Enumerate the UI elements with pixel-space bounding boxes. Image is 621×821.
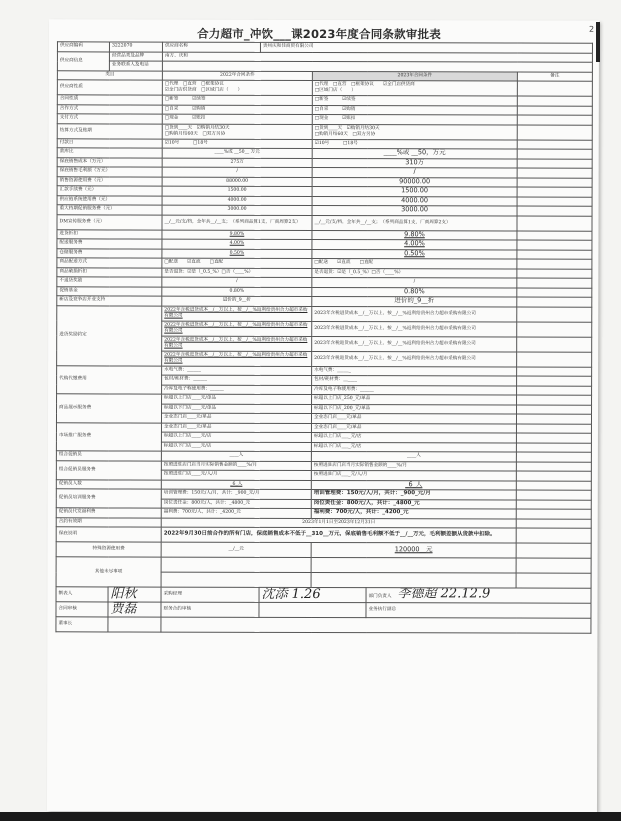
value-2022: 标超以上门店____元/店 xyxy=(161,432,311,442)
remark-cell xyxy=(517,149,592,159)
value-2022: __/__元/支/档，全年共__/__支； （系列商品算1支，厂商周算2支） xyxy=(162,215,312,230)
value-2022: ____%或 __50__ 万元 xyxy=(162,148,312,158)
value-2023: 包材/耗材费：______ xyxy=(312,375,517,385)
row-label: 特殊资源使用费 xyxy=(56,542,161,557)
value-2023: 1500.00 xyxy=(312,186,517,196)
remark-cell xyxy=(516,452,591,462)
row-label: 供应商性质 xyxy=(57,80,162,95)
row-label: 不退货奖励 xyxy=(57,277,162,287)
remark-cell xyxy=(517,367,592,377)
form-title: 合力超市_冲饮___课2023年度合同条款审批表 xyxy=(49,25,589,42)
value-2023: 水电气费：______ xyxy=(312,366,517,376)
row-label: 商品展示服务费 xyxy=(56,394,161,423)
value-2023: 是否退货：☑是（_0.5_%）□否（____%） xyxy=(312,268,517,278)
value-2022: 88000.00 xyxy=(162,177,312,187)
remark-cell xyxy=(517,168,592,178)
remark-cell xyxy=(517,115,592,125)
table-row: 结算方式及账期□货到____天 ☑购销月结30天□购销月结60天 □双方另协□货… xyxy=(57,123,592,139)
remark-cell xyxy=(517,288,592,298)
value-2022: □代理 □直营 □框架协议☑全门店供货商 □区域门店（ ） xyxy=(162,80,312,95)
label: 合同审核 xyxy=(56,602,108,617)
remark-cell xyxy=(516,462,591,472)
remark-cell xyxy=(517,197,592,207)
table-row: DM宣传服务费（元）__/__元/支/档，全年共__/__支； （系列商品算1支… xyxy=(57,214,592,230)
value-2023: 冷库及电子称使用费：______ xyxy=(312,385,517,395)
remark-cell xyxy=(516,558,591,573)
rebate-2023: 2023年含税进货成本__/__万以上，按__/__%返利给贵州合力超市采购有限… xyxy=(312,306,517,322)
maker-signature: 阳秋 xyxy=(108,587,161,602)
value-2023: 9.80% xyxy=(312,230,517,240)
value-2022: 水电气费：______ xyxy=(162,366,312,376)
row-label: 代购代缴费用 xyxy=(57,365,162,394)
value-2022: __/__元 xyxy=(161,542,311,557)
row-label: 促销员代发福利费 xyxy=(56,508,161,518)
remark-cell xyxy=(516,490,591,500)
rebate-row: 进货奖励约定2022年含税进货成本__/__万以上，按__/__%返利给贵州合力… xyxy=(57,305,592,321)
header-2023: 2023年合同条件 xyxy=(312,71,517,81)
header-2022: 2022年合同条件 xyxy=(162,71,312,81)
remark-cell xyxy=(517,337,592,352)
value-2022: / xyxy=(162,167,312,177)
remark-cell xyxy=(517,231,592,241)
row-label: 供应链系统使用费（元） xyxy=(57,195,162,205)
value-2022: 4.00% xyxy=(162,239,312,249)
row-label: DM宣传服务费（元） xyxy=(57,214,162,229)
remark-cell xyxy=(517,376,592,386)
signature-row-1: 制表人阳秋采购经理沈添 1.26部门负责人李德超 22.12.9 xyxy=(56,587,591,603)
value-2023: 标超以下门店_200_元/单品 xyxy=(312,404,517,414)
signature-row-2: 合同审核贾磊财务合约审核业务执行副总 xyxy=(56,602,591,618)
value-2022: 全业态门店____元/单品 xyxy=(161,423,311,433)
row-label: 合作方式 xyxy=(57,104,162,114)
value-2023: □自采 ☑购销 xyxy=(312,105,517,115)
remark-cell xyxy=(516,573,591,588)
label: 采购经理 xyxy=(161,587,259,602)
rebate-2023: 2023年含税进货成本__/__万以上，按__/__%返利给贵州合力超市采购有限… xyxy=(312,336,517,352)
value-2022: 按照进驻店门店当月实际销售金额的____%/月 xyxy=(161,461,311,471)
row-label: 配送服务费 xyxy=(57,239,162,249)
remark-cell xyxy=(517,269,592,279)
rebate-2023: 2023年含税进货成本__/__万以上，按__/__%返利给贵州合力超市采购有限… xyxy=(312,351,517,367)
value-2023: 培训管理费：150元/人/月，共计：_900_元/月 xyxy=(311,489,516,499)
remark-cell xyxy=(516,414,591,424)
value-2023: ☑10号 □18号 xyxy=(312,139,517,149)
signature: 李德超 22.12.9 xyxy=(398,588,491,602)
remark-cell xyxy=(517,96,592,106)
remark-cell xyxy=(517,216,592,231)
row-label: 支付方式 xyxy=(57,114,162,124)
remark-cell xyxy=(517,395,592,405)
value-2023: __/__元/支/档，全年共__/__支； （系列商品算1支，厂商周算2支） xyxy=(312,215,517,231)
value-2022: 福利费：700元/人，共计：_4200_元 xyxy=(161,508,311,518)
value-2023: 标超以上门店____元/店 xyxy=(311,432,516,442)
binder-edge xyxy=(596,22,600,62)
value-2022: ☑10号 □18号 xyxy=(162,139,312,149)
remark-cell xyxy=(517,178,592,188)
remark-cell xyxy=(517,386,592,396)
blank-cell xyxy=(161,617,591,633)
row-label: 组合促销员 xyxy=(56,451,161,461)
value-2022: _6_人 xyxy=(161,480,311,490)
row-label: 付款日 xyxy=(57,138,162,148)
label: 供应商编码 xyxy=(57,42,109,52)
remark-cell xyxy=(516,528,591,543)
label: 供应商名称 xyxy=(162,42,260,52)
remark-cell xyxy=(516,443,591,453)
row-label: 汇款手续费（元） xyxy=(57,186,162,196)
remark-cell xyxy=(517,250,592,260)
remark-cell xyxy=(516,500,591,510)
value-2023: 3000.00 xyxy=(312,205,517,215)
value-2022: 按照进驻门店____元/人/月 xyxy=(161,470,311,480)
value-2023: □现金 ☑账扣 xyxy=(312,114,517,124)
remark-cell xyxy=(517,278,592,288)
label: 部门负责人 xyxy=(369,594,392,599)
row-label: 款库比 xyxy=(57,148,162,158)
approval-table: 供应商编码 3222070 供应商名称 贵州庆和佳商贸有限公司 供应商信息 经营… xyxy=(55,41,593,633)
value-2023 xyxy=(311,557,516,573)
value-2023: 岗位责任金：800元/人，共计：_4800_元 xyxy=(311,499,516,509)
value-2022: □配送 ☑直流 □直配 xyxy=(162,258,312,268)
rebate-2023: 2023年含税进货成本__/__万以上，按__/__%返利给贵州合力超市采购有限… xyxy=(312,321,517,337)
finance-review-signature xyxy=(259,602,366,617)
row-label: 合同性质 xyxy=(57,95,162,105)
value-2023: □货到____天 ☑购销月结30天□购销月结60天 □双方另协 xyxy=(312,124,517,140)
remark-cell xyxy=(517,352,592,367)
row-label: 保底销售毛利额（万元） xyxy=(57,167,162,177)
remark-cell xyxy=(517,206,592,216)
label: 董事长 xyxy=(56,617,108,632)
value-2022: 全业态门店____元/单品 xyxy=(161,413,311,423)
value-2022: 标超以下门店____元/店 xyxy=(161,442,311,452)
value-2023: 标超以上门店_250_元/单品 xyxy=(312,394,517,404)
remark-cell xyxy=(516,481,591,491)
label: 业务执行副总 xyxy=(366,603,591,619)
row-label: 重大档期促销服务费（元） xyxy=(57,205,162,215)
chairman-signature xyxy=(108,617,161,632)
value-2023: _6_人 xyxy=(311,480,516,490)
guarantee-value: 2022年9月30日前合作的所有门店，保底销售成本不低于__310__万元，保底… xyxy=(161,527,516,543)
rebate-2022: 2022年含税进货成本__/__万以上，按__/__%返利给贵州合力超市采购有限… xyxy=(162,336,312,351)
remark-cell xyxy=(516,424,591,434)
value-2023: ____%或 __50，万元 xyxy=(312,148,517,158)
value-2022: □新签 ☑续签 xyxy=(162,95,312,105)
value-2023: 0.50% xyxy=(312,249,517,259)
label: 供应商信息 xyxy=(57,51,109,70)
remark-cell xyxy=(517,240,592,250)
value-2022: ____人 xyxy=(161,451,311,461)
value-2022: 岗位责任金：800元/人，共计：_4800_元 xyxy=(161,499,311,509)
remark-cell xyxy=(517,187,592,197)
value-2022: □自采 ☑购销 xyxy=(162,105,312,115)
row-label: 仓储服务费 xyxy=(57,248,162,258)
table-row: 供应商性质□代理 □直营 □框架协议☑全门店供货商 □区域门店（ ）□代理 □直… xyxy=(57,80,592,96)
value-2022: 冷库及电子称使用费：______ xyxy=(162,385,312,395)
value-2022: 3000.00 xyxy=(162,205,312,215)
value-2023: 4.00% xyxy=(312,239,517,249)
row-label: 进货折扣 xyxy=(57,229,162,239)
label: 财务合约审核 xyxy=(161,602,259,617)
value-2022 xyxy=(161,572,311,587)
header-remark: 备注 xyxy=(517,72,592,82)
remark-cell xyxy=(516,509,591,519)
value-2022: 0.50% xyxy=(162,249,312,259)
value-2022: 1500.00 xyxy=(162,186,312,196)
value-2023: 按照进驻门店____元/人/月 xyxy=(311,470,516,480)
row-label: 保底说明 xyxy=(56,527,161,542)
value-2023: 福利费：700元/人，共计：_4200_元 xyxy=(311,508,516,518)
value-2023: 全业态门店____元/单品 xyxy=(311,423,516,433)
value-2022: 9.80% xyxy=(162,230,312,240)
row-label: 销售资源使用费（元） xyxy=(57,176,162,186)
value-2023: ____人 xyxy=(311,451,516,461)
value-2022: □货到____天 ☑购销月结30天□购销月结60天 □双方另协 xyxy=(162,124,312,139)
value-2022 xyxy=(161,557,311,572)
label: 业务联系人及电话 xyxy=(109,61,162,71)
other-row: 其他未尽事项 xyxy=(56,557,591,573)
remark-cell xyxy=(517,322,592,337)
row-label: 促销员培训服务费 xyxy=(56,489,161,508)
value-2022: 4000.00 xyxy=(162,196,312,206)
value-2023 xyxy=(311,572,516,588)
row-label: 其他未尽事项 xyxy=(56,557,161,587)
value-2023: / xyxy=(312,167,517,177)
row-label: 结算方式及账期 xyxy=(57,123,162,138)
value-2023: 0.80% xyxy=(312,287,517,297)
row-label: 保底销售成本（万元） xyxy=(57,157,162,167)
value-2022: 标超以下门店____元/单品 xyxy=(162,404,312,414)
value-2023: □代理 □直营 □框架协议 ☑全门店供货商□区域门店（ ） xyxy=(312,80,517,96)
special-fee-row: 特殊资源使用费__/__元120000__元 xyxy=(56,542,591,558)
remark-cell xyxy=(517,140,592,150)
remark-cell xyxy=(517,106,592,116)
page-mark: 2 xyxy=(589,25,594,34)
purchase-manager-signature: 沈添 1.26 xyxy=(259,587,366,602)
dept-head-signature: 部门负责人李德超 22.12.9 xyxy=(366,588,591,604)
remark-cell xyxy=(517,125,592,140)
row-label: 新店及竞争店开业支持 xyxy=(57,296,162,306)
remark-cell xyxy=(516,519,591,529)
remark-cell xyxy=(517,405,592,415)
value-2023: 120000__元 xyxy=(311,542,516,558)
label: 经营品类及品牌 xyxy=(109,51,162,61)
row-label: 合约有效期 xyxy=(56,517,161,527)
value-2022: / xyxy=(162,277,312,287)
header-category: 类目 xyxy=(57,70,162,80)
value-2022: 标超以上门店____元/单品 xyxy=(162,394,312,404)
remark-cell xyxy=(517,159,592,169)
remark-cell xyxy=(517,259,592,269)
value-2022: 0.80% xyxy=(162,287,312,297)
value-2023: / xyxy=(312,277,517,287)
guarantee-row: 保底说明2022年9月30日前合作的所有门店，保底销售成本不低于__310__万… xyxy=(56,527,591,543)
remark-cell xyxy=(517,81,592,96)
remark-cell xyxy=(516,471,591,481)
desk-edge xyxy=(0,812,621,821)
value-2023: □配送 ☑直流 □直配 xyxy=(312,258,517,268)
value-2023: 按照进驻店门店当月实际销售金额的____%/月 xyxy=(311,461,516,471)
row-label: 组合促销员服务费 xyxy=(56,460,161,479)
remark-cell xyxy=(517,297,592,307)
value-2022: 包材/耗材费：______ xyxy=(162,375,312,385)
rebate-2022: 2022年含税进货成本__/__万以上，按__/__%返利给贵州合力超市采购有限… xyxy=(162,306,312,321)
value-2023: 标超以下门店____元/店 xyxy=(311,442,516,452)
value-2022: 275万 xyxy=(162,158,312,168)
row-label: 进货奖励约定 xyxy=(57,305,162,365)
remark-cell xyxy=(516,433,591,443)
rebate-2022: 2022年含税进货成本__/__万以上，按__/__%返利给贵州合力超市采购有限… xyxy=(162,321,312,336)
row-label: 促销员人数 xyxy=(56,479,161,489)
value-2022: 是否退货：☑是（_0.5_%）□否（____%） xyxy=(162,268,312,278)
value-2023: 90000.00 xyxy=(312,177,517,187)
value-2023: 310万 xyxy=(312,158,517,168)
remark-cell xyxy=(516,543,591,558)
signature-row-3: 董事长 xyxy=(56,617,591,633)
contract-approval-form: 2 合力超市_冲饮___课2023年度合同条款审批表 供应商编码 3222070… xyxy=(47,19,599,812)
value-2022: 培训管理费：150元/人/月，共计：_900_元/月 xyxy=(161,489,311,499)
row-label: 促销基金 xyxy=(57,286,162,296)
value-2022: 进价的_9__折 xyxy=(162,296,312,306)
row-label: 商品配送方式 xyxy=(57,258,162,268)
value-2023: □新签 ☑续签 xyxy=(312,95,517,105)
row-label: 商品破损折扣 xyxy=(57,267,162,277)
value-2023: 进价的_9__折 xyxy=(312,296,517,306)
value-2022: □现金 ☑账扣 xyxy=(162,114,312,124)
contract-review-signature: 贾磊 xyxy=(108,602,161,617)
row-label: 市场推广服务费 xyxy=(56,422,161,451)
label: 制表人 xyxy=(56,587,108,602)
remark-cell xyxy=(517,307,592,322)
rebate-2022: 2022年含税进货成本__/__万以上，按__/__%返利给贵州合力超市采购有限… xyxy=(162,351,312,366)
supplier-code: 3222070 xyxy=(109,42,162,52)
value-2023: 全业态门店____元/单品 xyxy=(311,413,516,423)
value-2023: 4000.00 xyxy=(312,196,517,206)
